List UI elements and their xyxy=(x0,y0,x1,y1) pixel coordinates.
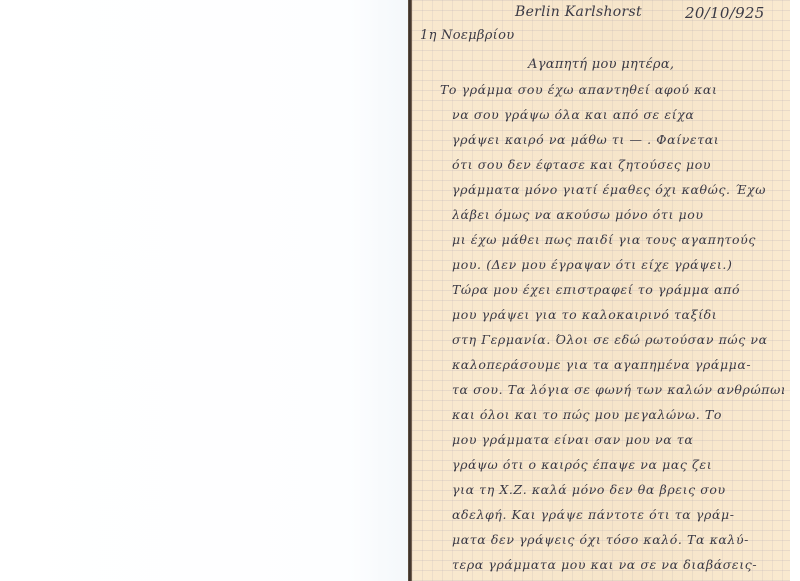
body-line: ματα δεν γράψεις όχι τόσο καλό. Τα καλύ- xyxy=(452,532,784,547)
letter-salutation: Αγαπητή μου μητέρα, xyxy=(528,57,674,72)
body-line: γράψει καιρό να μάθω τι — . Φαίνεται xyxy=(452,132,784,147)
body-line: τερα γράμματα μου και να σε να διαβάσεις… xyxy=(452,557,784,572)
letter-side-note: 1η Νοεμβρίου xyxy=(420,28,514,43)
letter-header-place: Berlin Karlshorst xyxy=(515,4,642,20)
body-line: μι έχω μάθει πως παιδί για τους αγαπητού… xyxy=(452,232,784,247)
body-line: μου γράμματα είναι σαν μου να τα xyxy=(452,432,784,447)
body-line: στη Γερμανία. Όλοι σε εδώ ρωτούσαν πώς ν… xyxy=(452,332,784,347)
body-line: να σου γράψω όλα και από σε είχα xyxy=(452,107,784,122)
body-line: γράμματα μόνο γιατί έμαθες όχι καθώς. Έχ… xyxy=(452,182,784,197)
body-line: καλοπεράσουμε για τα αγαπημένα γράμμα- xyxy=(452,357,784,372)
scanner-background-right xyxy=(790,0,800,581)
body-line: τα σου. Τα λόγια σε φωνή των καλών ανθρώ… xyxy=(452,382,784,397)
letter-header-date: 20/10/925 xyxy=(685,4,765,22)
body-line: Τώρα μου έχει επιστραφεί το γράμμα από xyxy=(452,282,784,297)
body-line: μου γράψει για το καλοκαιρινό ταξίδι xyxy=(452,307,784,322)
scanner-background-left xyxy=(0,0,410,581)
body-line: και όλοι και το πώς μου μεγαλώνω. Το xyxy=(452,407,784,422)
body-line: αδελφή. Και γράψε πάντοτε ότι τα γράμ- xyxy=(452,507,784,522)
body-line: ότι σου δεν έφτασε και ζητούσες μου xyxy=(452,157,784,172)
body-line: λάβει όμως να ακούσω μόνο ότι μου xyxy=(452,207,784,222)
body-line: μου. (Δεν μου έγραψαν ότι είχε γράψει.) xyxy=(452,257,784,272)
body-line: για τη Χ.Ζ. καλά μόνο δεν θα βρεις σου xyxy=(452,482,784,497)
body-line: γράψω ότι ο καιρός έπαψε να μας ζει xyxy=(452,457,784,472)
body-line: Το γράμμα σου έχω απαντηθεί αφού και xyxy=(440,82,772,97)
